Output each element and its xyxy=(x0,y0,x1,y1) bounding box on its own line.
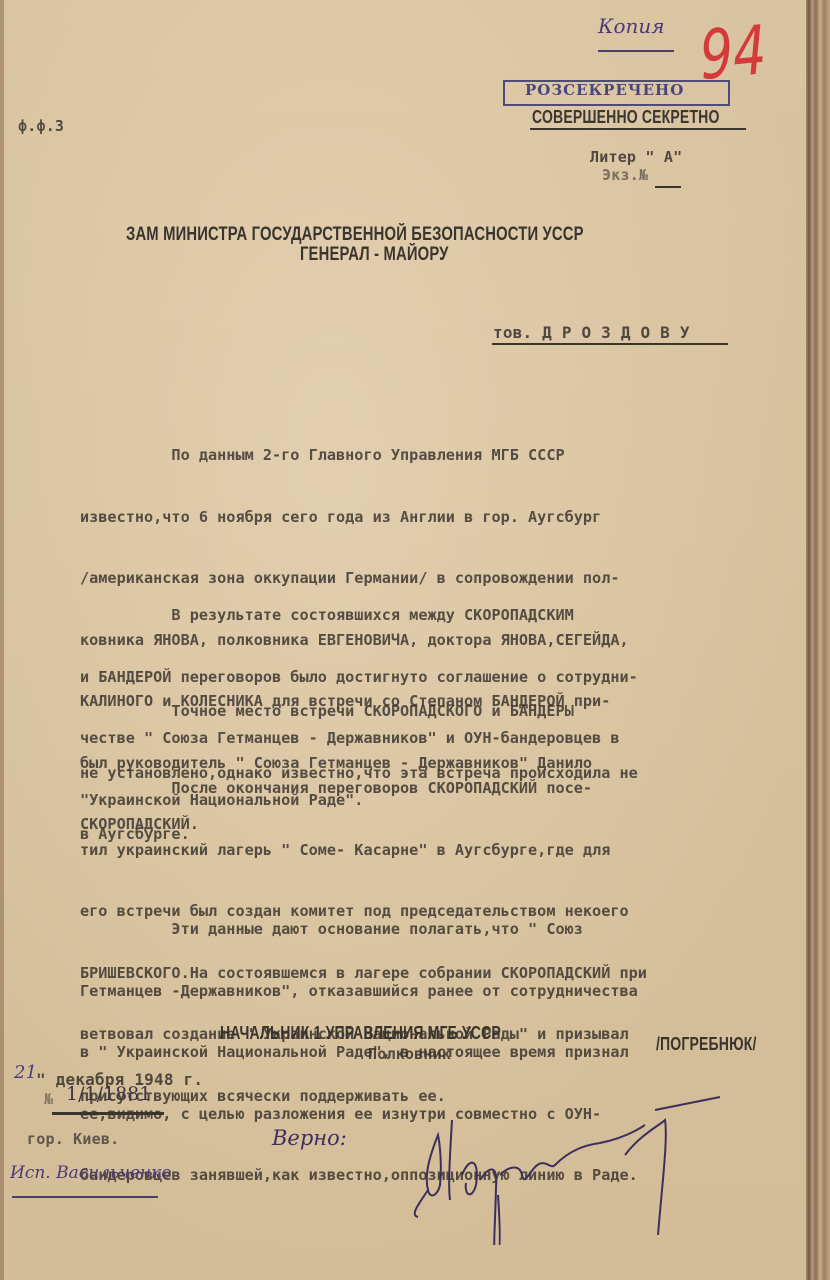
body-line: известно,что 6 ноября сего года из Англи… xyxy=(80,507,629,528)
copy-number: Экз.№ xyxy=(602,166,648,184)
body-line: в " Украинской Национальной Раде", в нас… xyxy=(80,1042,638,1063)
document-page: ф.ф.3 Копия 94 РОЗСЕКРЕЧЕНО СОВЕРШЕННО С… xyxy=(0,0,830,1280)
body-line: В результате состоявшихся между СКОРОПАД… xyxy=(80,605,638,626)
addressee-line-2: ГЕНЕРАЛ - МАЙОРУ xyxy=(300,244,449,266)
copy-mark-underline xyxy=(598,50,674,52)
number-underline xyxy=(52,1112,164,1115)
handwritten-date-day: 21 xyxy=(14,1062,37,1083)
signatory-name: /ПОГРЕБНЮК/ xyxy=(656,1034,756,1055)
signatory-title: НАЧАЛЬНИК 1 УПРАВЛЕНИЯ МГБ УССР xyxy=(220,1023,501,1044)
body-line: тил украинский лагерь " Соме- Касарне" в… xyxy=(80,840,647,861)
addressee-line-1: ЗАМ МИНИСТРА ГОСУДАРСТВЕННОЙ БЕЗОПАСНОСТ… xyxy=(126,224,584,246)
city: гор. Киев. xyxy=(27,1130,119,1148)
number-prefix: № xyxy=(44,1090,53,1108)
addressee-name: тов. Д Р О З Д О В У xyxy=(493,323,690,342)
document-number: 1/1/1881 xyxy=(66,1083,151,1105)
body-line: После окончания переговоров СКОРОПАДСКИЙ… xyxy=(80,778,647,799)
liter-label: Литер " А" xyxy=(590,148,682,166)
handwritten-copy-mark: Копия xyxy=(598,14,665,38)
body-line: Точное место встречи СКОРОПАДСКОГО и БАН… xyxy=(80,701,638,722)
handwritten-executor: Исп. Васильченко xyxy=(10,1163,172,1183)
body-line: Эти данные дают основание полагать,что "… xyxy=(80,919,638,940)
signatory-rank: Полковник xyxy=(368,1045,451,1063)
addressee-underline xyxy=(492,343,728,345)
declassified-stamp: РОЗСЕКРЕЧЕНО xyxy=(525,81,684,99)
executor-underline xyxy=(12,1196,158,1198)
verified-label: Верно: xyxy=(272,1126,347,1150)
classification-label: СОВЕРШЕННО СЕКРЕТНО xyxy=(532,107,720,128)
body-line: Гетманцев -Державников", отказавшийся ра… xyxy=(80,981,638,1002)
binding-spine xyxy=(806,0,830,1280)
file-reference: ф.ф.3 xyxy=(18,117,64,135)
classification-underline xyxy=(530,128,746,130)
copy-number-line xyxy=(655,186,681,188)
verification-signature xyxy=(400,1095,730,1245)
page-left-edge xyxy=(0,0,4,1280)
body-line: По данным 2-го Главного Управления МГБ С… xyxy=(80,445,629,466)
